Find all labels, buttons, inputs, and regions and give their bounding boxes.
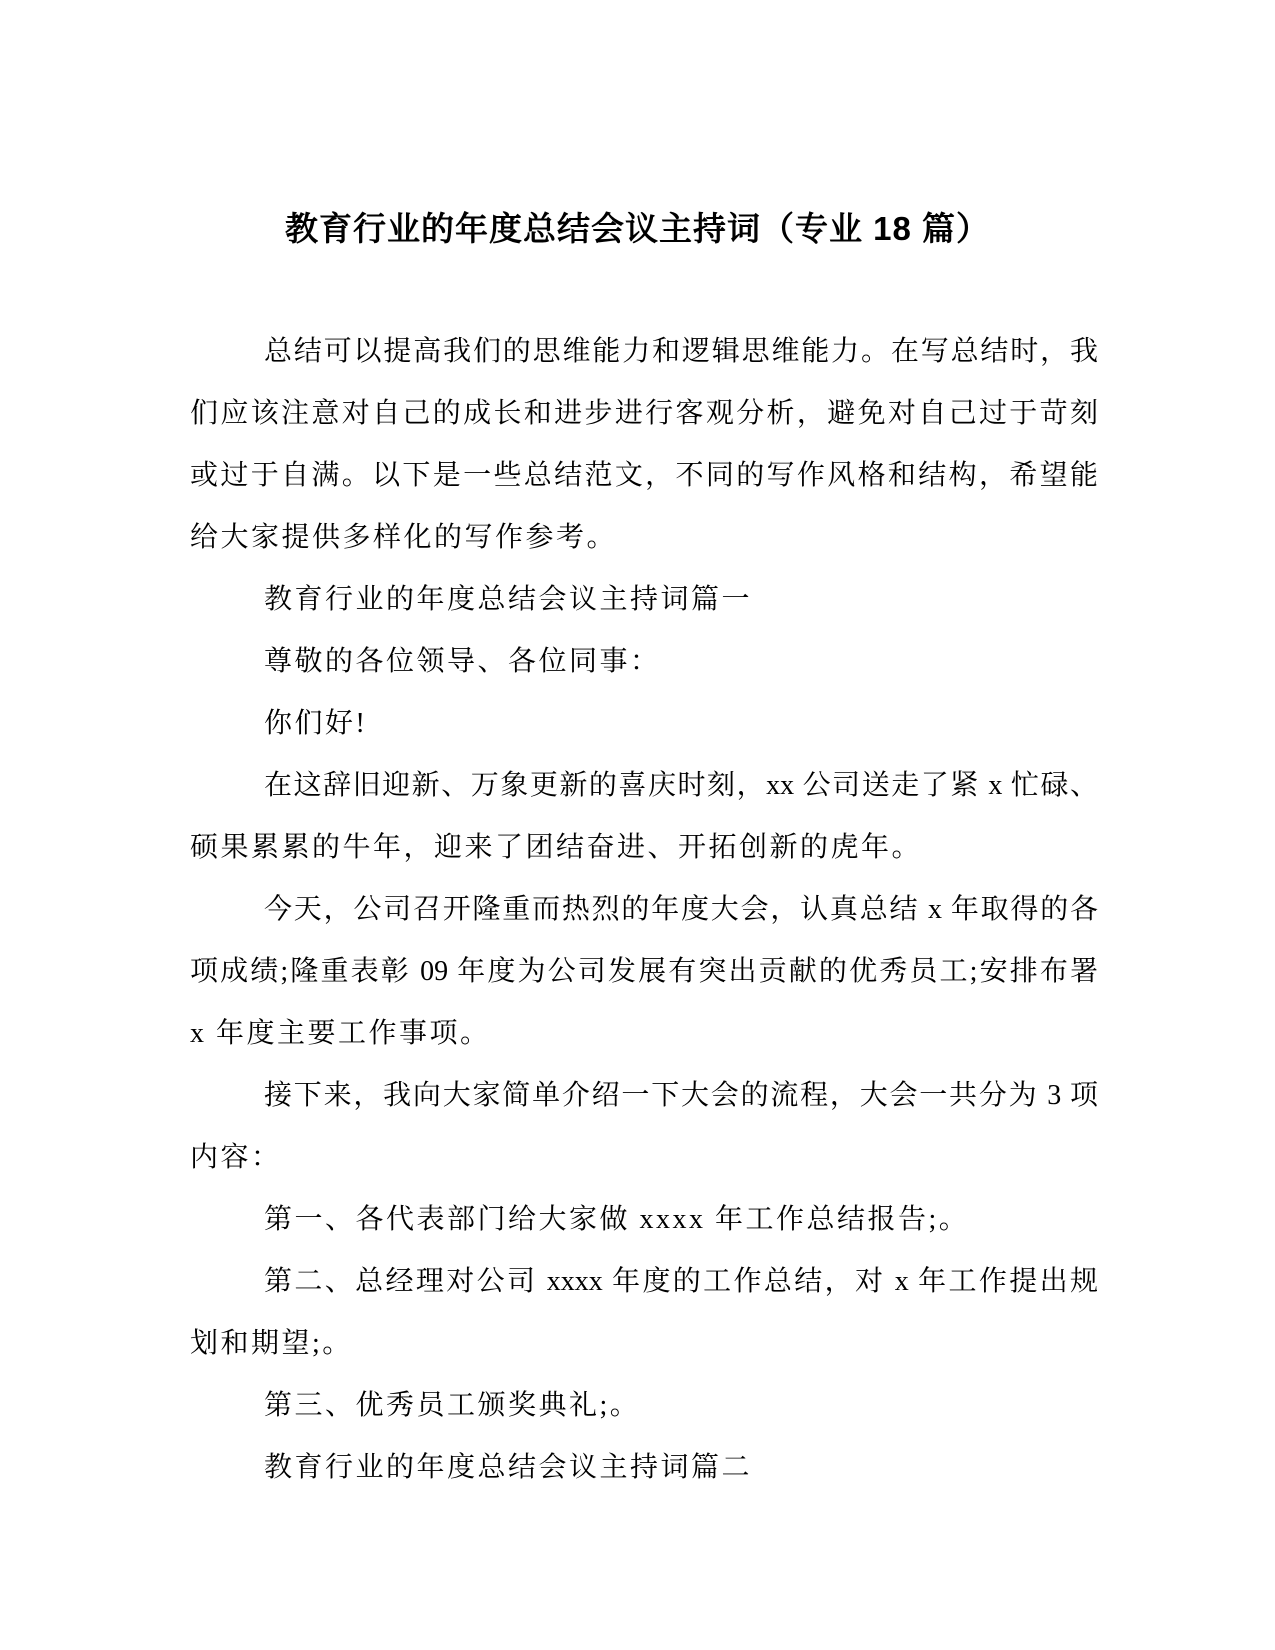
text-line-10: 今天，公司召开隆重而热烈的年度大会，认真总结 x 年取得的各 [190, 879, 1098, 941]
text-line-8: 在这辞旧迎新、万象更新的喜庆时刻，xx 公司送走了紧 x 忙碌、 [190, 755, 1098, 817]
text-line-16: 第二、总经理对公司 xxxx 年度的工作总结，对 x 年工作提出规 [190, 1251, 1098, 1313]
text-line-14: 内容： [190, 1127, 1098, 1189]
text-line-5: 教育行业的年度总结会议主持词篇一 [190, 569, 1098, 631]
text-line-18: 第三、优秀员工颁奖典礼;。 [190, 1375, 1098, 1437]
text-line-1: 总结可以提高我们的思维能力和逻辑思维能力。在写总结时，我 [190, 321, 1098, 383]
text-line-4: 给大家提供多样化的写作参考。 [190, 507, 1098, 569]
text-line-9: 硕果累累的牛年，迎来了团结奋进、开拓创新的虎年。 [190, 817, 1098, 879]
text-line-11: 项成绩;隆重表彰 09 年度为公司发展有突出贡献的优秀员工;安排布署 [190, 941, 1098, 1003]
document-body: 总结可以提高我们的思维能力和逻辑思维能力。在写总结时，我 们应该注意对自己的成长… [190, 321, 1098, 1499]
text-line-19: 教育行业的年度总结会议主持词篇二 [190, 1437, 1098, 1499]
text-line-7: 你们好! [190, 693, 1098, 755]
text-line-3: 或过于自满。以下是一些总结范文，不同的写作风格和结构，希望能 [190, 445, 1098, 507]
text-line-6: 尊敬的各位领导、各位同事： [190, 631, 1098, 693]
text-line-13: 接下来，我向大家简单介绍一下大会的流程，大会一共分为 3 项 [190, 1065, 1098, 1127]
document-page: 教育行业的年度总结会议主持词（专业 18 篇） 总结可以提高我们的思维能力和逻辑… [0, 0, 1275, 1650]
text-line-12: x 年度主要工作事项。 [190, 1003, 1098, 1065]
text-line-15: 第一、各代表部门给大家做 xxxx 年工作总结报告;。 [190, 1189, 1098, 1251]
text-line-2: 们应该注意对自己的成长和进步进行客观分析，避免对自己过于苛刻 [190, 383, 1098, 445]
text-line-17: 划和期望;。 [190, 1313, 1098, 1375]
document-title: 教育行业的年度总结会议主持词（专业 18 篇） [0, 203, 1275, 250]
